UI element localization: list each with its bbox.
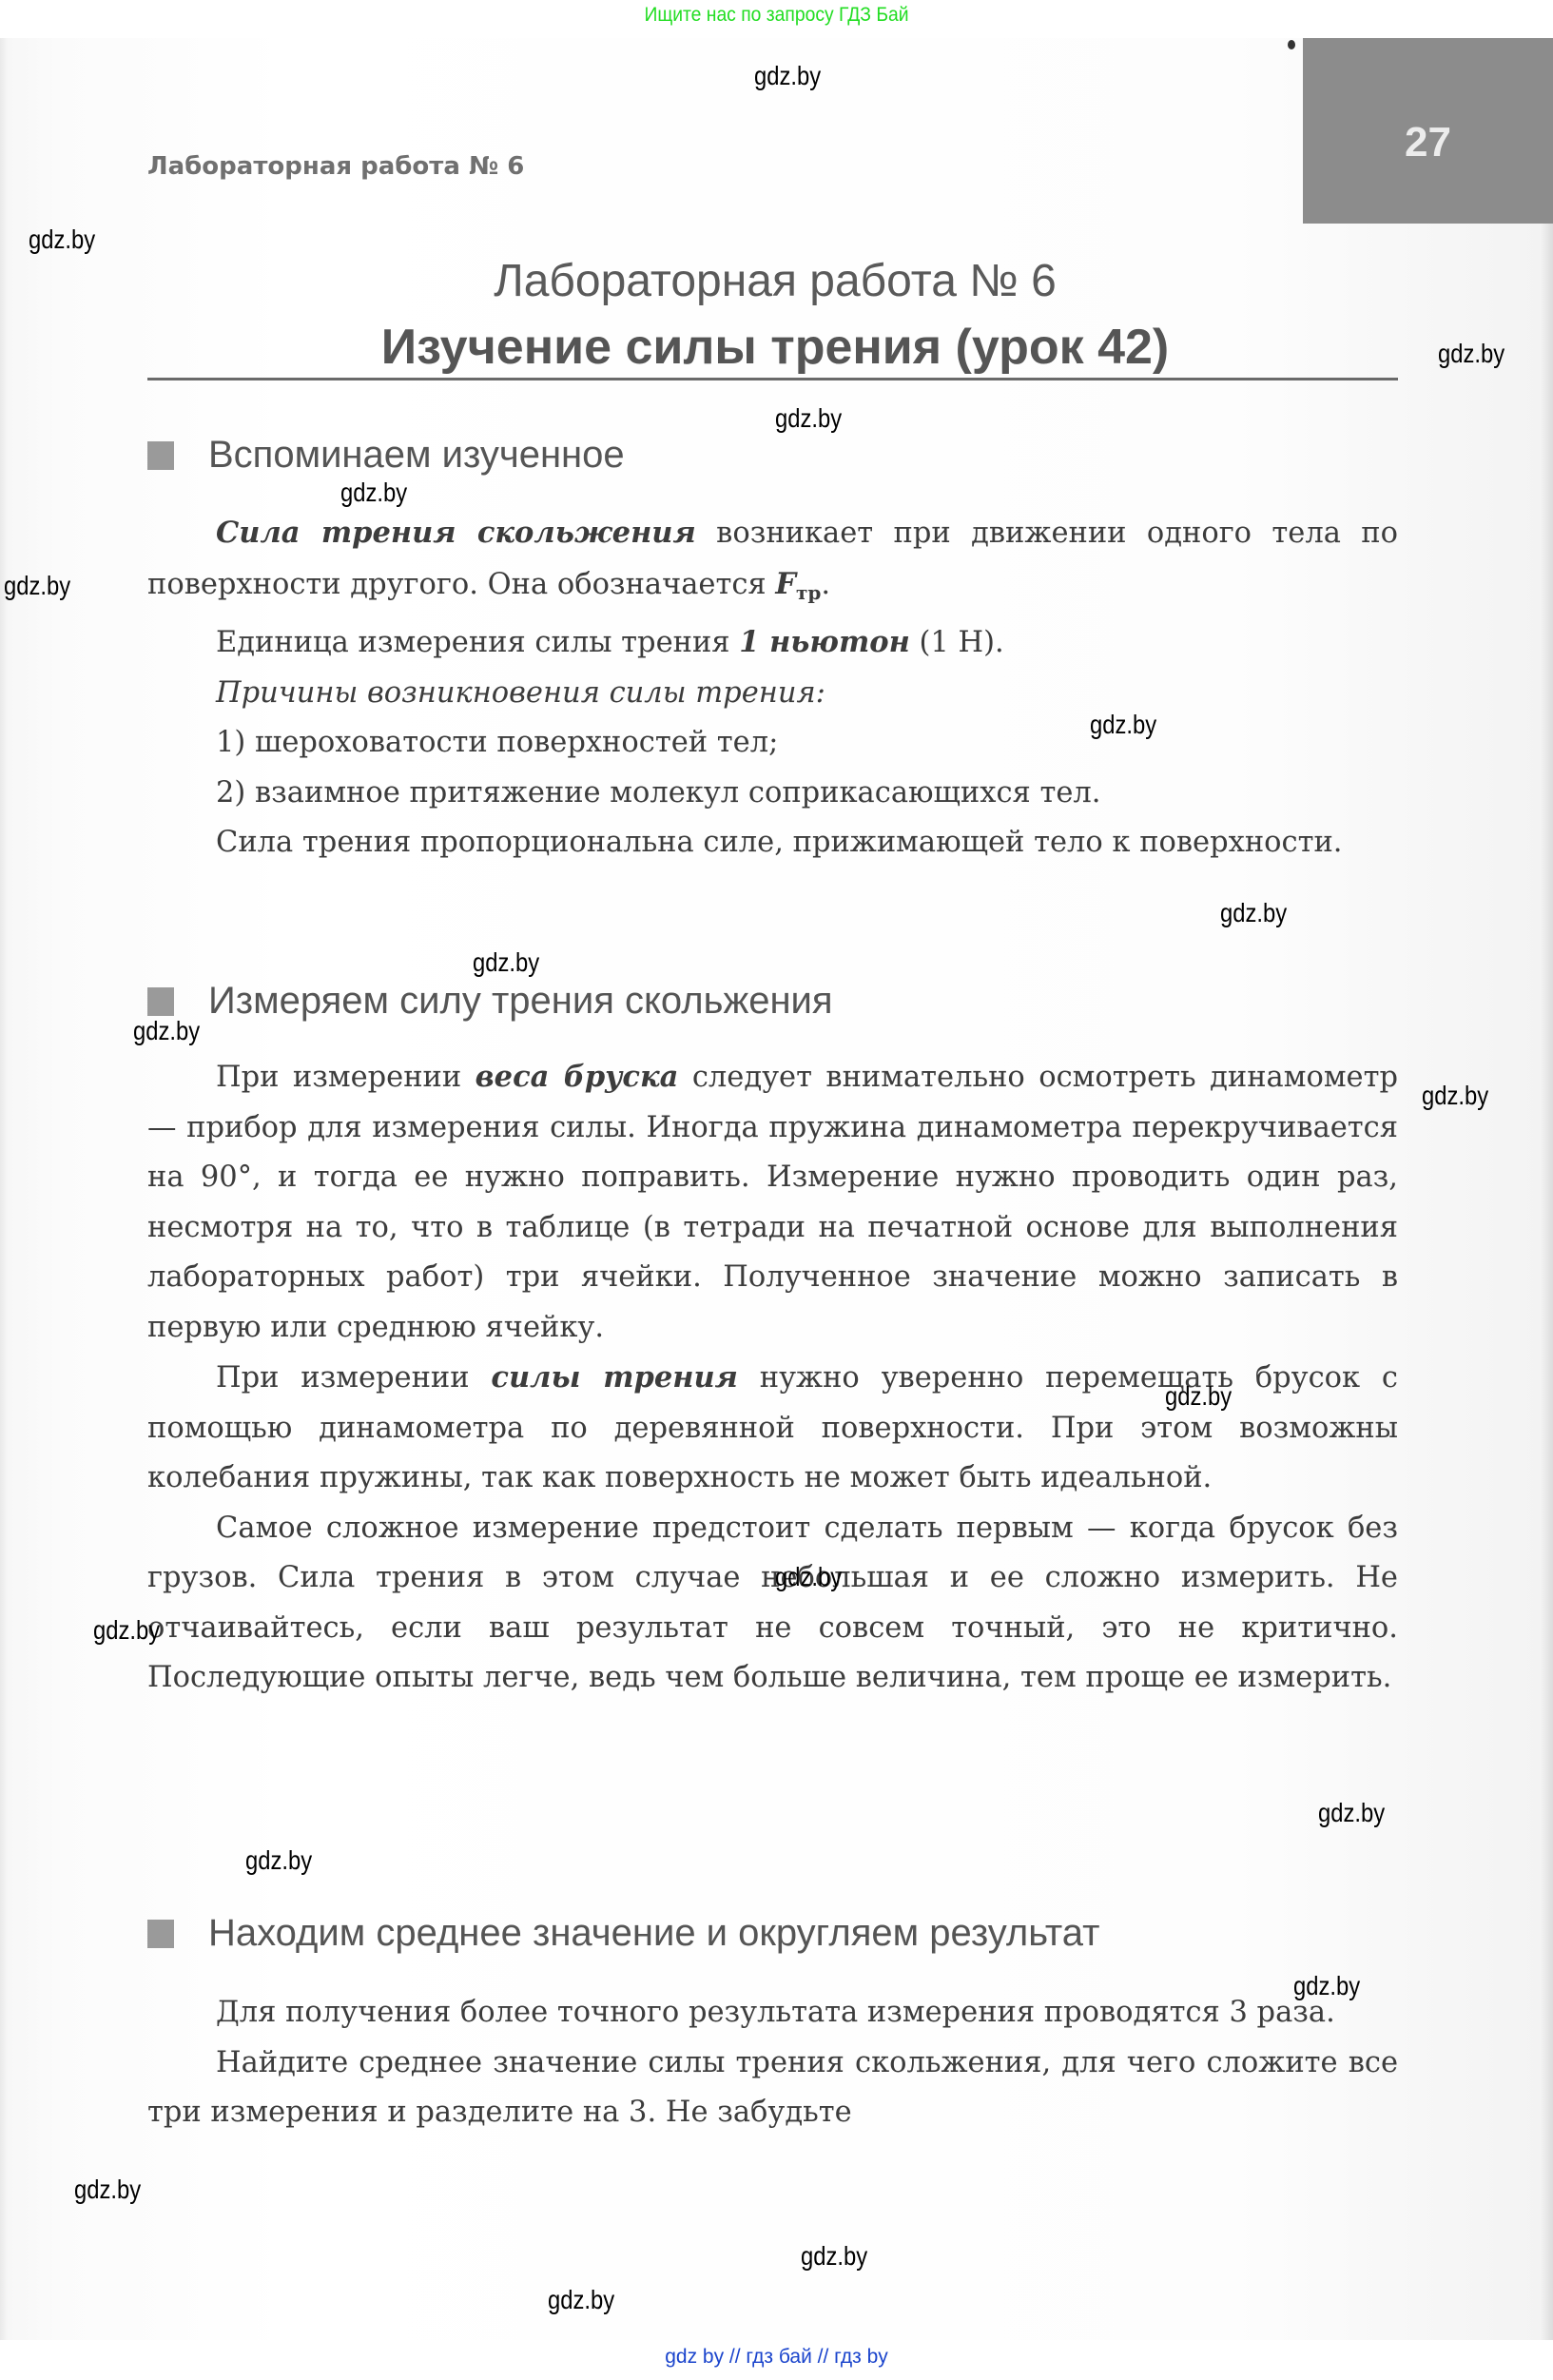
list-item: 2) взаимное притяжение молекул соприкаса… — [147, 769, 1398, 819]
page-title-line2: Изучение силы трения (урок 42) — [143, 319, 1407, 376]
paragraph: При измерении веса бруска следует внимат… — [147, 1052, 1398, 1353]
watermark: gdz.by — [1293, 1971, 1360, 2001]
paragraph: Сила трения пропорциональна силе, прижим… — [147, 818, 1398, 868]
watermark: gdz.by — [1220, 898, 1287, 928]
section-marker-icon — [147, 987, 174, 1016]
term: Сила трения скольжения — [216, 516, 696, 550]
section-measure-body: При измерении веса бруска следует внимат… — [147, 1052, 1398, 1704]
term: силы трения — [491, 1360, 738, 1395]
text: следует внимательно осмотреть динамометр… — [147, 1061, 1398, 1344]
watermark: gdz.by — [1090, 710, 1156, 740]
watermark: gdz.by — [754, 61, 821, 91]
text: Единица измерения силы трения — [216, 626, 739, 659]
watermark: gdz.by — [548, 2285, 614, 2315]
unit: 1 ньютон — [739, 625, 910, 659]
text: (1 Н). — [910, 626, 1004, 659]
section-marker-icon — [147, 1920, 174, 1948]
section-average-body: Для получения более точного результата и… — [147, 1988, 1398, 2138]
watermark: gdz.by — [775, 1562, 842, 1592]
section-recall-body: Сила трения скольжения возникает при дви… — [147, 508, 1398, 868]
watermark: gdz.by — [473, 947, 539, 978]
paragraph: Самое сложное измерение предстоит сделат… — [147, 1504, 1398, 1704]
section-heading-text: Измеряем силу трения скольжения — [208, 980, 833, 1023]
paragraph-italic: Причины возникновения силы трения: — [147, 669, 1398, 719]
paragraph: Сила трения скольжения возникает при дви… — [147, 508, 1398, 617]
text: . — [821, 568, 830, 601]
symbol-subscript: тр — [796, 581, 821, 604]
paragraph: Найдите среднее значение силы трения ско… — [147, 2039, 1398, 2138]
scan-dot — [1288, 40, 1295, 49]
watermark: gdz.by — [1318, 1798, 1385, 1828]
term: веса бруска — [476, 1060, 679, 1094]
search-banner: Ищите нас по запросу ГДЗ Бай — [62, 4, 1490, 27]
watermark: gdz.by — [245, 1845, 312, 1876]
running-header: Лабораторная работа № 6 — [147, 152, 524, 181]
watermark: gdz.by — [1165, 1381, 1232, 1412]
paragraph: Для получения более точного результата и… — [147, 1988, 1398, 2039]
text: При измерении — [216, 1061, 476, 1094]
symbol: F — [775, 567, 796, 601]
watermark: gdz.by — [801, 2241, 867, 2272]
watermark: gdz.by — [93, 1615, 160, 1646]
watermark: gdz.by — [1438, 339, 1504, 369]
text: При измерении — [216, 1361, 491, 1395]
section-heading-average: Находим среднее значение и округляем рез… — [147, 1912, 1099, 1955]
watermark: gdz.by — [29, 224, 95, 255]
watermark: gdz.by — [775, 403, 842, 434]
title-divider — [147, 378, 1398, 380]
paragraph: При измерении силы трения нужно уверенно… — [147, 1353, 1398, 1504]
section-heading-text: Вспоминаем изученное — [208, 434, 625, 477]
section-heading-recall: Вспоминаем изученное — [147, 434, 625, 477]
watermark: gdz.by — [340, 478, 407, 508]
watermark: gdz.by — [133, 1016, 200, 1046]
paragraph: Единица измерения силы трения 1 ньютон (… — [147, 617, 1398, 669]
section-heading-measure: Измеряем силу трения скольжения — [147, 980, 833, 1023]
footer-links[interactable]: gdz by // гдз бай // гдз by — [0, 2346, 1553, 2369]
watermark: gdz.by — [74, 2175, 141, 2205]
section-heading-text: Находим среднее значение и округляем рез… — [208, 1912, 1099, 1955]
section-marker-icon — [147, 441, 174, 470]
watermark: gdz.by — [4, 571, 70, 601]
page-number: 27 — [1303, 119, 1553, 166]
page-title-line1: Лабораторная работа № 6 — [143, 255, 1407, 307]
watermark: gdz.by — [1422, 1081, 1488, 1111]
list-item: 1) шероховатости поверхностей тел; — [147, 718, 1398, 769]
